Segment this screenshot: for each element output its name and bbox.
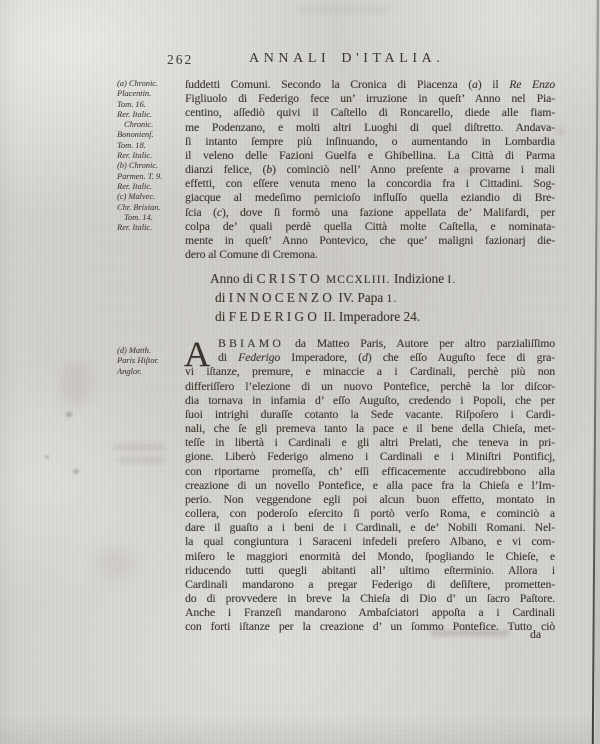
book-page-scan: ANNALI D'ITALIA. 262 (a) Chronic.Placent… bbox=[0, 0, 600, 744]
margin-note-line: Rer. Italic. bbox=[117, 223, 183, 233]
text-line: Cardinali mandarono a pregar Federigo di… bbox=[185, 578, 555, 592]
margin-note-line: (c) Malvec. bbox=[117, 192, 183, 202]
margin-note-line: Anglor. bbox=[117, 367, 183, 377]
paper-speck bbox=[45, 455, 49, 459]
margin-note-line: Placentin. bbox=[117, 89, 183, 99]
margin-note-line: Parmen. T. 9. bbox=[117, 172, 183, 182]
heading-line: Anno di CRISTO MCCXLIII. Indizione I. bbox=[185, 271, 555, 290]
heading-line: di FEDERIGO II. Imperadore 24. bbox=[185, 309, 555, 328]
text-line: ſi intanto ſempre più inſinuando, o aume… bbox=[185, 135, 555, 149]
margin-note-line: Bononienſ. bbox=[117, 130, 183, 140]
show-through-mark bbox=[118, 457, 164, 463]
text-line: creazione di un novello Pontefice, e all… bbox=[185, 479, 555, 493]
show-through-mark bbox=[113, 444, 165, 450]
text-line: perio. Non veggendone egli poi alcun buo… bbox=[185, 493, 555, 507]
heading-line: di INNOCENZO IV. Papa 1. bbox=[185, 290, 555, 309]
margin-note-line: Rer. Italic. bbox=[117, 110, 183, 120]
margin-note-line: Tom. 18. bbox=[117, 141, 183, 151]
text-line: me Podenzano, e molti altri Luoghi di qu… bbox=[185, 121, 555, 135]
text-line: ſuddetti Comuni. Secondo la Cronica di P… bbox=[185, 78, 555, 92]
running-title: ANNALI D'ITALIA. bbox=[249, 51, 444, 67]
text-line: dare il guaſto a i beni de i Cardinali, … bbox=[185, 521, 555, 535]
paper-speck bbox=[66, 412, 72, 417]
paper-stain bbox=[556, 128, 565, 135]
text-line: la qual congiuntura i Saraceni infedeli … bbox=[185, 535, 555, 549]
text-line: nali, che ſe gli premeva tanto la pace e… bbox=[185, 422, 555, 436]
paragraph-main: BBIAMO da Matteo Paris, Autore per altro… bbox=[185, 337, 555, 635]
margin-note-line: (b) Chronic. bbox=[117, 161, 183, 171]
text-line: ſcia (c), dove ſi formò una fazione appe… bbox=[185, 206, 555, 220]
text-line: Anche i Franzeſi mandarono Ambaſciatori … bbox=[185, 606, 555, 620]
text-line: riducendo tutti quegli abitanti all’ ult… bbox=[185, 564, 555, 578]
text-line: dia tornava in infamia d’ eſſo Auguſto, … bbox=[185, 394, 555, 408]
year-heading: Anno di CRISTO MCCXLIII. Indizione I.di … bbox=[185, 271, 555, 327]
text-line: effetti, con eſſere venuta meno la conco… bbox=[185, 177, 555, 191]
text-line: di Federigo Imperadore, (d) che eſſo Aug… bbox=[185, 351, 555, 365]
text-line: dianzi felice, (b) cominciò nell’ Anno p… bbox=[185, 163, 555, 177]
margin-note-line: Chronic. bbox=[117, 120, 183, 130]
text-line: do di provvedere in breve la Chieſa di D… bbox=[185, 592, 555, 606]
margin-note-line: Chr. Brixian. bbox=[117, 203, 183, 213]
paper-stain bbox=[300, 6, 390, 13]
text-line: Figliuolo di Federigo fece un’ irruzione… bbox=[185, 92, 555, 106]
text-line: collera, con poderoſo eſercito ſi portò … bbox=[185, 507, 555, 521]
paragraph-continuation: ſuddetti Comuni. Secondo la Cronica di P… bbox=[185, 78, 555, 262]
text-line: con riportarne promeſſa, ch’ eſſi effica… bbox=[185, 465, 555, 479]
margin-note-line: Tom. 14. bbox=[117, 213, 183, 223]
text-line: teſſe in libertà i Cardinali e gli altri… bbox=[185, 436, 555, 450]
text-line: miſero le maggiori enormità del Mondo, ſ… bbox=[185, 550, 555, 564]
text-line: mente in queſt’ Anno Pontevico, che que’… bbox=[185, 234, 555, 248]
text-line: colpa de’ quali perdè quella Città molte… bbox=[185, 220, 555, 234]
margin-notes-upper: (a) Chronic.Placentin.Tom. 16.Rer. Itali… bbox=[117, 79, 183, 233]
margin-note-line: Rer. Italic. bbox=[117, 151, 183, 161]
margin-note-line: Rer. Italic. bbox=[117, 182, 183, 192]
text-line: differiſſero l’elezione di un nuovo Pont… bbox=[185, 380, 555, 394]
margin-note-line: Paris Hiſtor. bbox=[117, 356, 183, 366]
margin-note-line: (d) Matth. bbox=[117, 346, 183, 356]
paper-stain bbox=[60, 363, 92, 405]
text-line: ſuoi intrighi duraſſe cotanto la Sede va… bbox=[185, 408, 555, 422]
text-line: giacque al medeſimo pernicioſo influſſo … bbox=[185, 191, 555, 205]
paper-speck bbox=[73, 469, 79, 474]
text-line: BBIAMO da Matteo Paris, Autore per altro… bbox=[185, 337, 555, 351]
catchword: da bbox=[185, 628, 541, 641]
text-line: gione. Liberò Federigo almeno i Cardinal… bbox=[185, 450, 555, 464]
margin-note-line: (a) Chronic. bbox=[117, 79, 183, 89]
text-line: dero al Comune di Cremona. bbox=[185, 248, 555, 262]
margin-note-line: Tom. 16. bbox=[117, 100, 183, 110]
paper-stain bbox=[95, 548, 137, 578]
page-number: 262 bbox=[167, 52, 193, 68]
text-line: il veleno delle Fazioni Guelfa e Ghibell… bbox=[185, 149, 555, 163]
text-line: centino, aſſediò quivi il Caſtello di Ro… bbox=[185, 106, 555, 120]
text-line: vi iſtanze, premure, e minaccie a i Card… bbox=[185, 365, 555, 379]
margin-note-d: (d) Matth.Paris Hiſtor.Anglor. bbox=[117, 346, 183, 377]
